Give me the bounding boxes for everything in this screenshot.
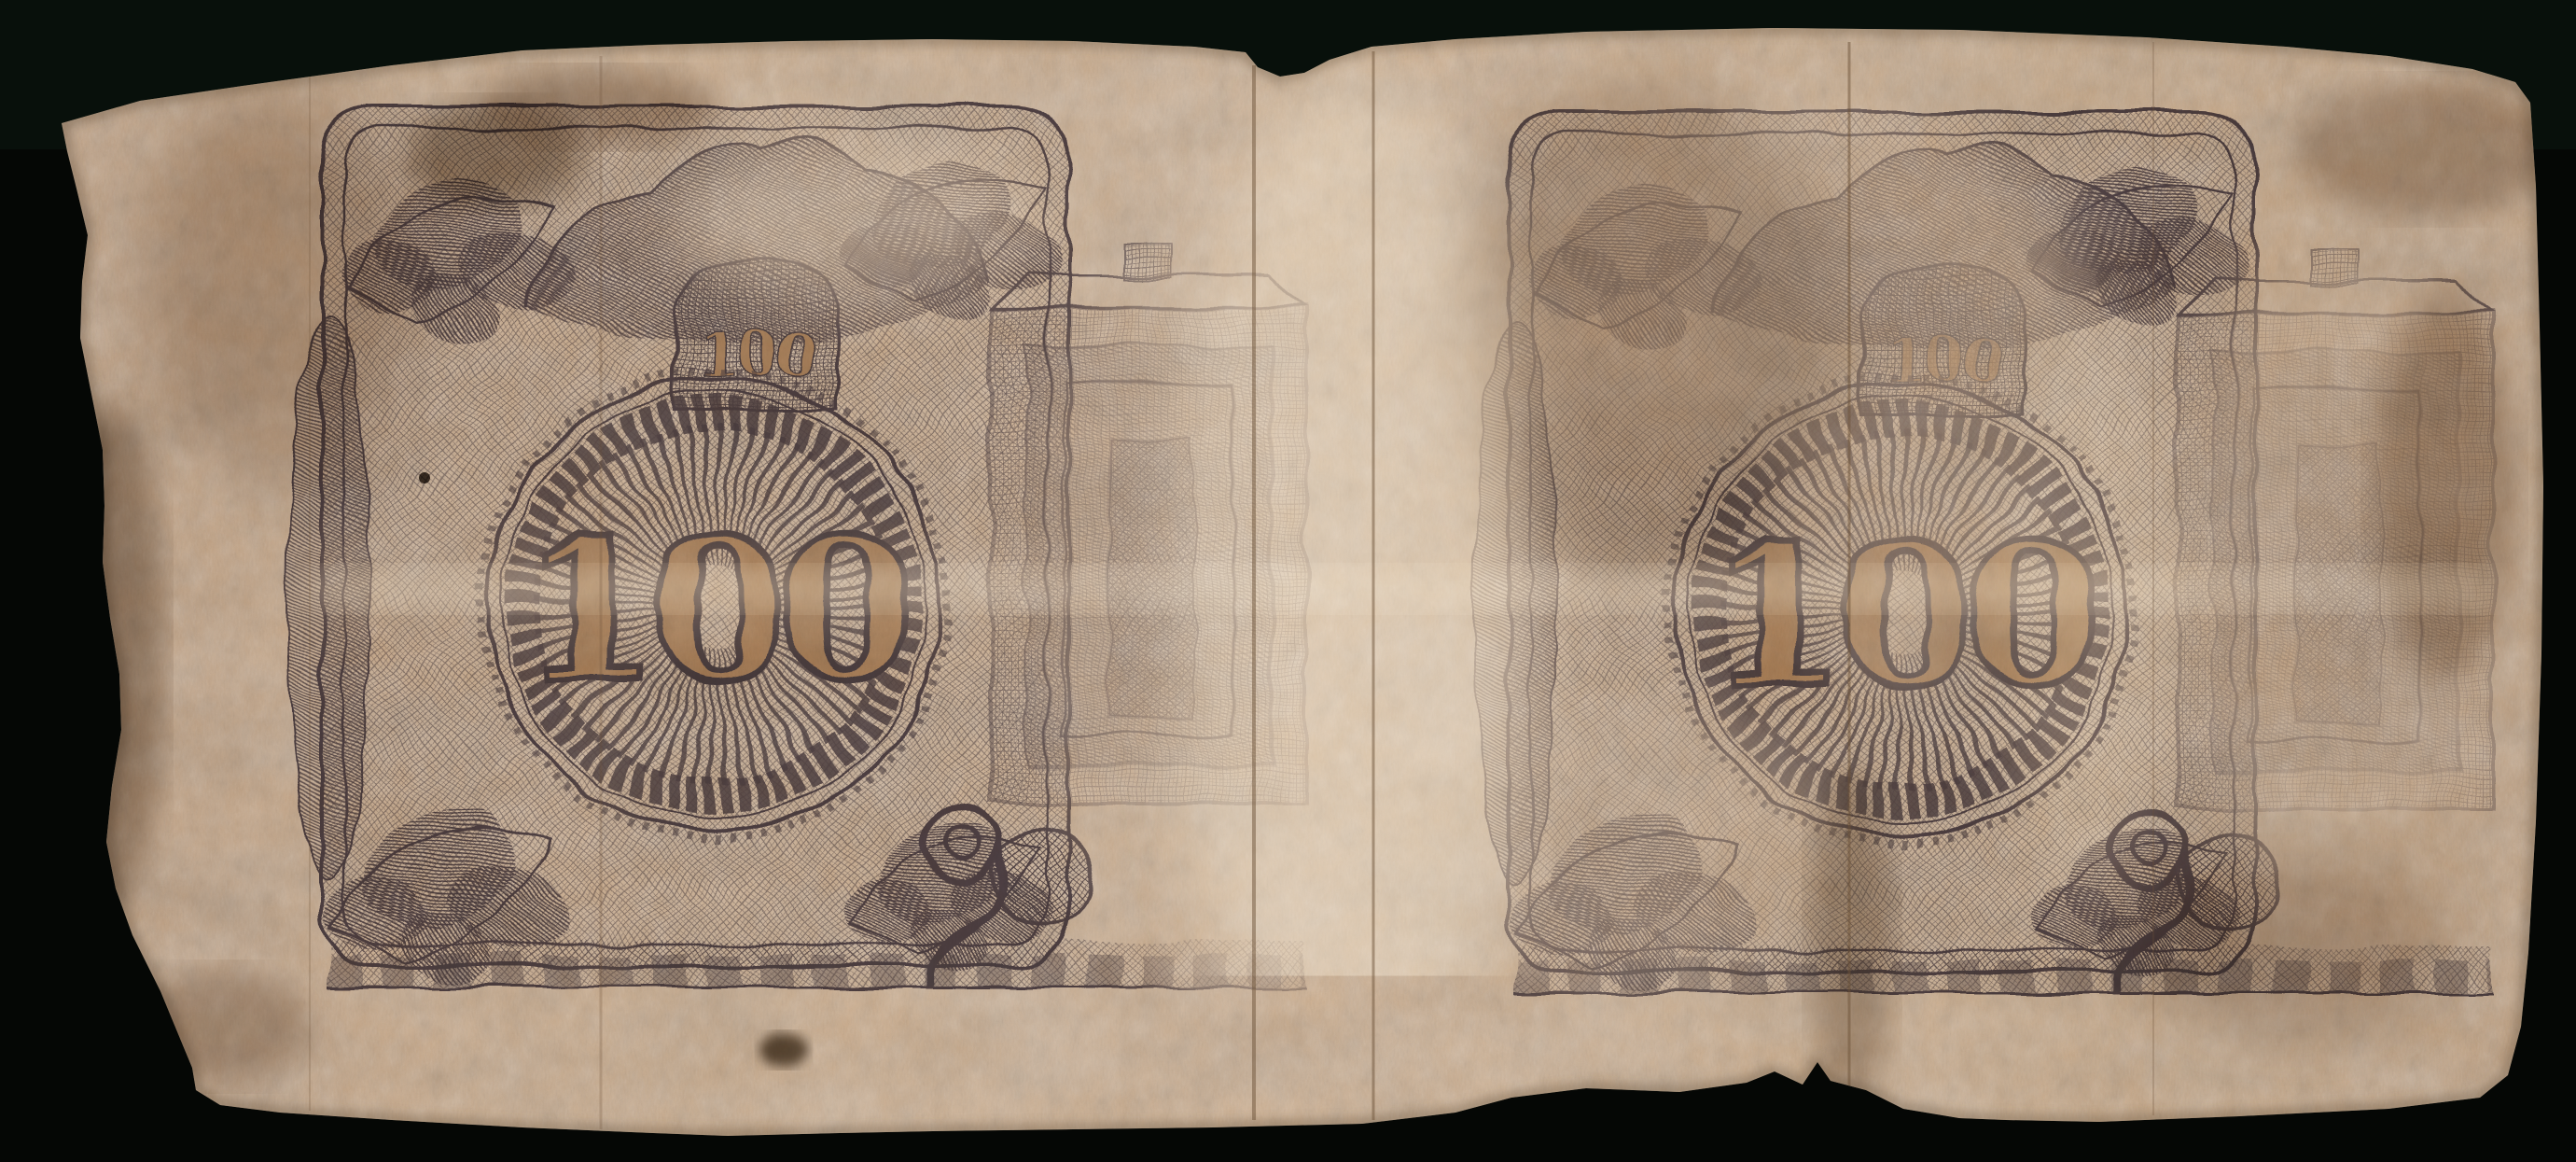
banknote-photo: 100 100 xyxy=(0,0,2576,1162)
photo-stage: 100 100 xyxy=(0,0,2576,1162)
